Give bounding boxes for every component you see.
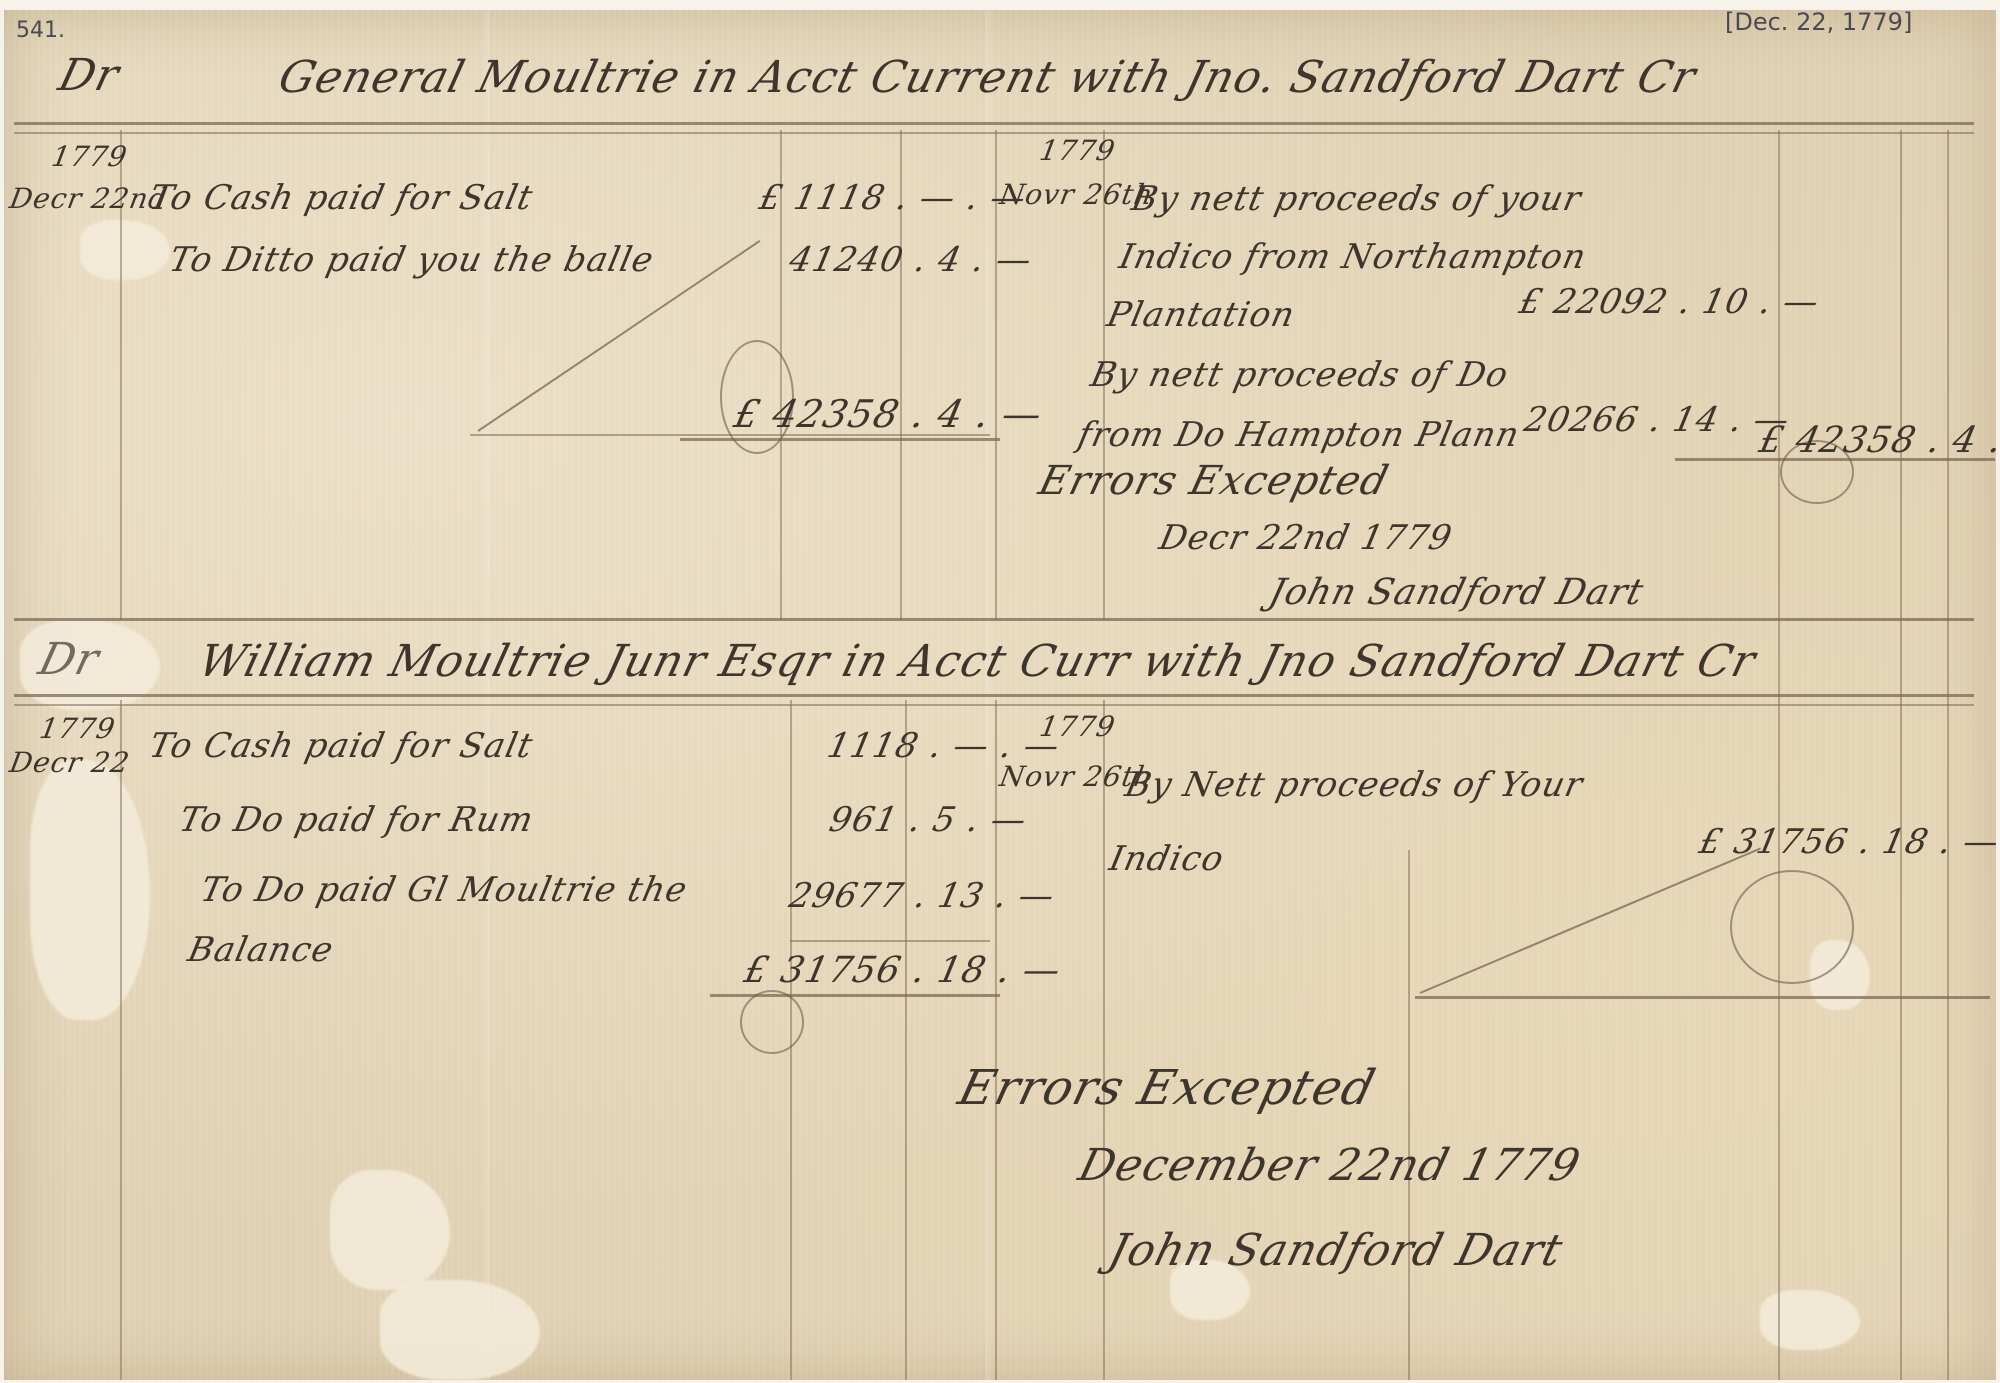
ledger-amount: £ 1118 . — . — [756,178,1030,218]
account-heading: William Moultrie Junr Esqr in Acct Curr … [194,636,1762,687]
column-rule [1103,700,1105,1380]
rule [14,704,1974,706]
debit-date: Decr 22 [7,746,132,779]
ledger-amount: 29677 . 13 . — [786,876,1059,916]
total-rule [1415,996,1990,999]
debit-year: 1779 [49,140,130,173]
ledger-amount: 41240 . 4 . — [786,240,1036,280]
signature: John Sandford Dart [1265,572,1648,613]
ledger-amount: 961 . 5 . — [826,800,1031,840]
errors-excepted: Errors Excepted [1034,458,1393,504]
ledger-entry: To Do paid Gl Moultrie the Balance [182,860,768,980]
ledger-amount: £ 31756 . 18 . — [1696,822,2000,862]
ledger-entry: To Ditto paid you the balle [166,240,658,280]
column-rule [1408,850,1410,1380]
ledger-entry: By Nett proceeds of Your Indico [1102,748,1693,896]
rule [14,618,1974,621]
debit-year: 1779 [37,712,118,745]
rule [14,132,1974,134]
signature: John Sandford Dart [1104,1225,1569,1276]
column-rule [1900,130,1902,1380]
account-heading: General Moultrie in Acct Current with Jn… [274,52,1702,103]
paper-stain [1760,1290,1860,1350]
ledger-amount: 20266 . 14 . — [1521,400,1794,440]
credit-year: 1779 [1037,710,1118,743]
ledger-entry: By nett proceeds of Do from Do Hampton P… [1072,345,1578,465]
paper-stain [380,1280,540,1380]
paper-stain [330,1170,450,1290]
closing-date: Decr 22nd 1779 [1156,518,1456,558]
ledger-amount: £ 22092 . 10 . — [1516,282,1823,322]
folio-number: 541. [16,18,65,43]
credit-year: 1779 [1037,134,1118,167]
archival-date-note: [Dec. 22, 1779] [1725,8,1912,36]
ledger-entry: To Cash paid for Salt [146,726,537,766]
rule [14,694,1974,697]
ledger-total: £ 42358 . 4 . — [730,392,1046,436]
ledger-entry: To Cash paid for Salt [146,178,537,218]
column-rule [1947,130,1949,1380]
ledger-total: £ 31756 . 18 . — [741,950,1065,991]
column-rule [120,700,122,1380]
pound-flourish [740,990,804,1054]
closing-date: December 22nd 1779 [1074,1140,1586,1191]
pound-flourish [1730,870,1854,984]
debit-date: Decr 22nd [7,182,170,215]
rule [14,122,1974,125]
ledger-entry: To Do paid for Rum [176,800,538,840]
total-rule [790,940,990,942]
ledger-total: £ 42358 . 4 . — [1756,420,2000,461]
total-rule [680,438,1000,441]
errors-excepted: Errors Excepted [953,1060,1381,1116]
paper-stain [80,220,170,280]
